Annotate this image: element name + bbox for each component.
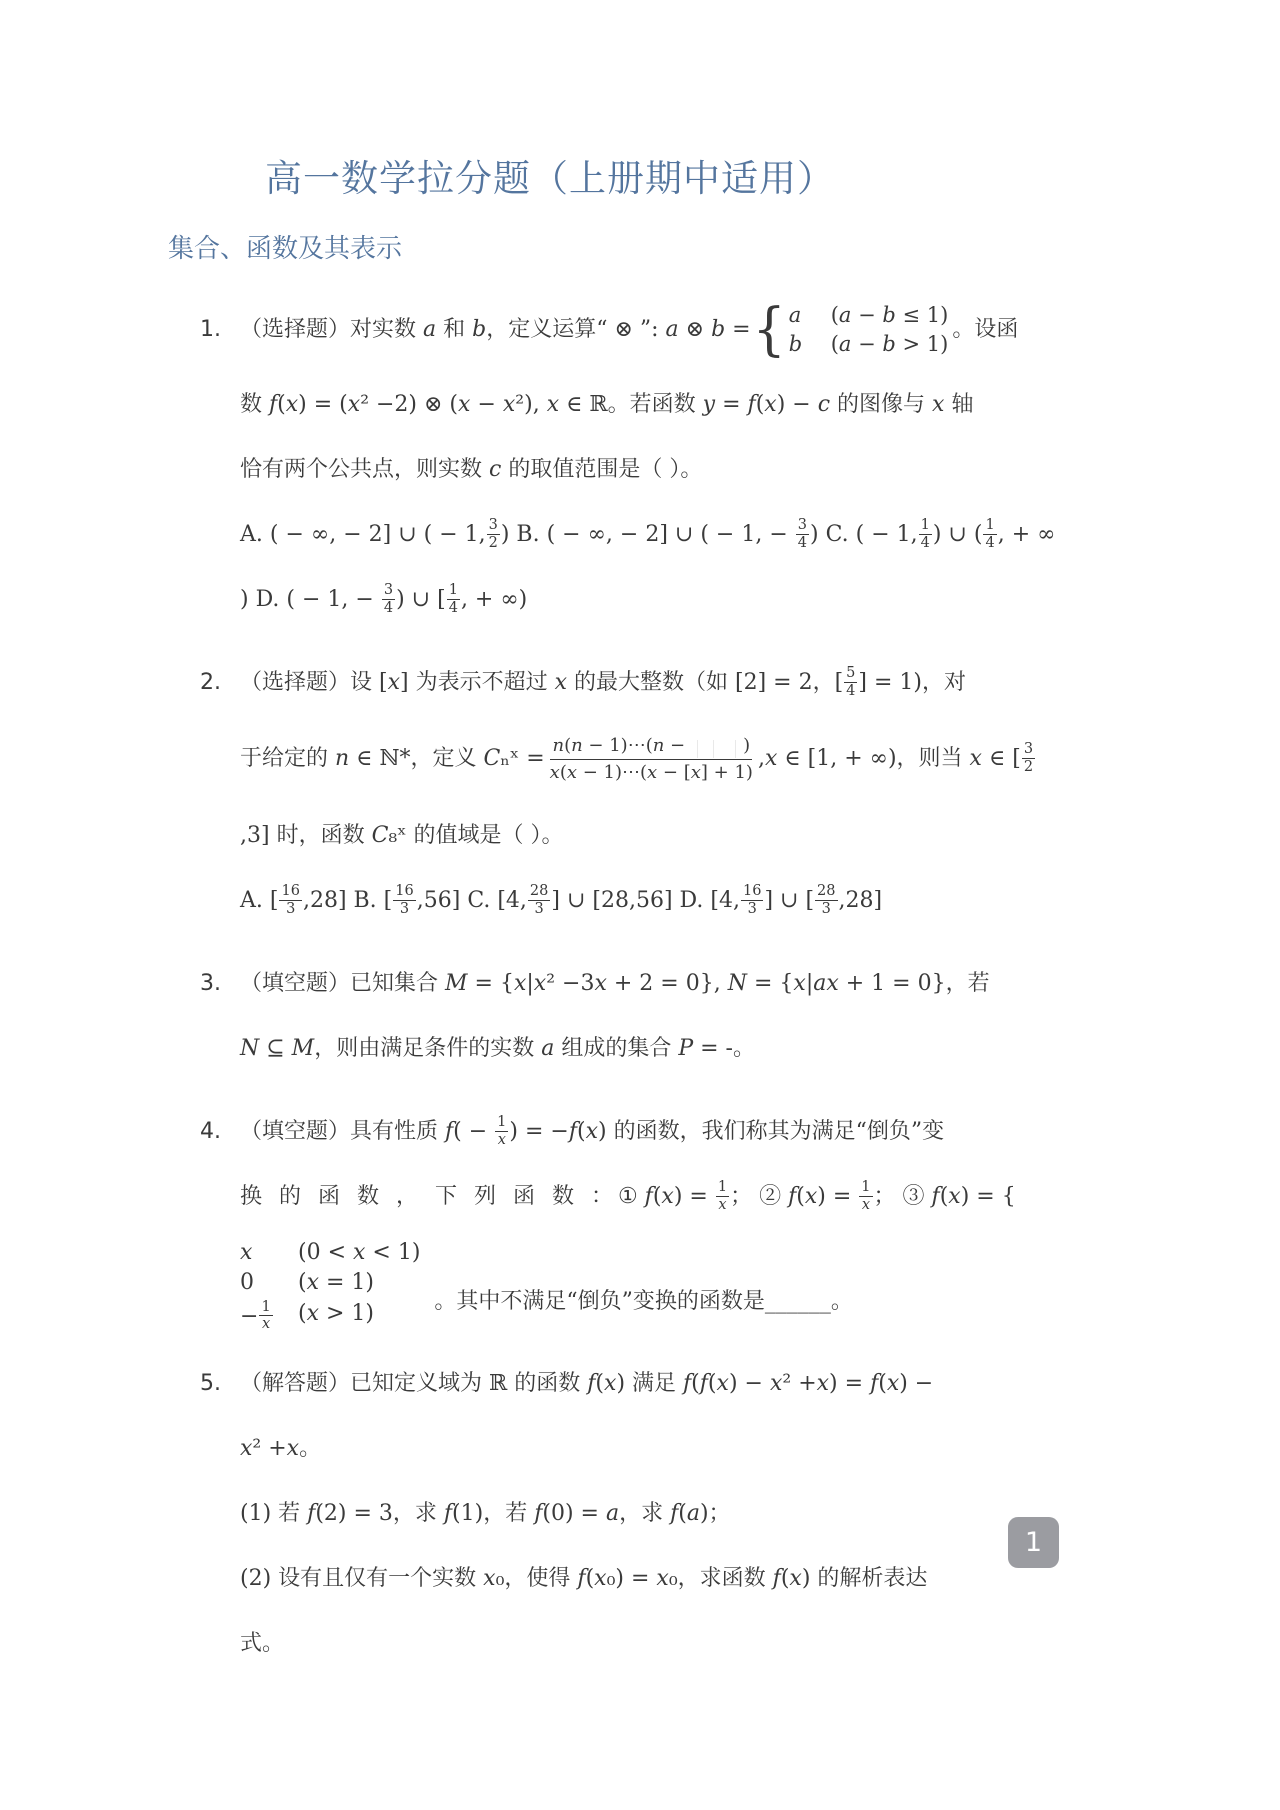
fraction-denominator: x(x − 1)⋯(x − [x] + 1): [548, 760, 755, 784]
problem-4-body: （填空题）具有性质 f( − 1x) = −f(x) 的函数，我们称其为满足“倒…: [240, 1099, 1016, 1333]
problem-1-line-3: 恰有两个公共点，则实数 c 的取值范围是（ ）。: [240, 437, 1055, 502]
problem-2-line-1: （选择题）设 [x] 为表示不超过 x 的最大整数（如 [2] = 2，[54]…: [240, 650, 1036, 715]
problem-2-line-3: ,3] 时，函数 C₈ˣ 的值域是（ ）。: [240, 803, 1036, 868]
combinatorial-fraction: n(n − 1)⋯(n − ) x(x − 1)⋯(x − [x] + 1): [548, 734, 755, 784]
section-heading: 集合、函数及其表示: [168, 228, 402, 265]
problem-1-number: 1.: [200, 288, 240, 372]
problem-3: 3. （填空题）已知集合 M = {x|x² −3x + 2 = 0}, N =…: [200, 951, 990, 1081]
problem-4: 4. （填空题）具有性质 f( − 1x) = −f(x) 的函数，我们称其为满…: [200, 1099, 990, 1333]
page-number-badge: 1: [1008, 1517, 1059, 1568]
problem-2-options: A. [163,28] B. [163,56] C. [4,283] ∪ [28…: [240, 868, 1036, 933]
problem-list: 1. （选择题）对实数 a 和 b，定义运算“ ⊗ ”: a ⊗ b = { a…: [200, 288, 990, 1694]
problem-1-options-1: A. ( − ∞, − 2] ∪ ( − 1,32) B. ( − ∞, − 2…: [240, 502, 1055, 567]
piecewise-value: 0: [240, 1269, 298, 1297]
problem-2-number: 2.: [200, 650, 240, 715]
piecewise-value: b: [789, 331, 831, 358]
problem-1-body: （选择题）对实数 a 和 b，定义运算“ ⊗ ”: a ⊗ b = { a (a…: [240, 288, 1055, 632]
numerator-text-end: ): [743, 734, 750, 757]
page-number: 1: [1025, 1527, 1042, 1558]
piecewise-row: a (a − b ≤ 1): [789, 302, 949, 329]
piecewise-row: x (0 < x < 1): [240, 1239, 420, 1267]
problem-5-line-5: 式。: [240, 1611, 990, 1676]
piecewise-condition: (a − b ≤ 1): [831, 302, 949, 329]
problem-4-piecewise-line: x (0 < x < 1) 0 (x = 1) −1x (x > 1) 。其中不…: [240, 1229, 1016, 1333]
problem-1-text-b: 。设函: [952, 288, 1018, 372]
piecewise-condition: (0 < x < 1): [298, 1239, 420, 1267]
piecewise-row: −1x (x > 1): [240, 1300, 420, 1334]
problem-4-question-text: 。其中不满足“倒负”变换的函数是______。: [434, 1284, 853, 1333]
problem-5-part-2: (2) 设有且仅有一个实数 x₀，使得 f(x₀) = x₀，求函数 f(x) …: [240, 1546, 990, 1611]
piecewise-condition: (a − b > 1): [831, 331, 949, 358]
problem-5-number: 5.: [200, 1351, 240, 1416]
problem-3-body: （填空题）已知集合 M = {x|x² −3x + 2 = 0}, N = {x…: [240, 951, 990, 1081]
problem-5-line-2: x² +x。: [240, 1416, 990, 1481]
left-brace: {: [753, 301, 786, 358]
page-title: 高一数学拉分题（上册期中适用）: [0, 148, 1100, 202]
problem-2-text-a: 于给定的 n ∈ ℕ*，定义 Cₙˣ =: [240, 715, 545, 803]
problem-4-line-1: （填空题）具有性质 f( − 1x) = −f(x) 的函数，我们称其为满足“倒…: [240, 1099, 1016, 1164]
problem-4-text-a: 换 的 函 数 ， 下 列 函 数 ：: [240, 1164, 618, 1229]
problem-4-text-b: ① f(x) = 1x； ② f(x) = 1x； ③ f(x) = {: [618, 1164, 1016, 1229]
piecewise-definition: { a (a − b ≤ 1) b (a − b > 1): [753, 302, 949, 358]
piecewise-rows: x (0 < x < 1) 0 (x = 1) −1x (x > 1): [240, 1239, 420, 1334]
problem-2-body: （选择题）设 [x] 为表示不超过 x 的最大整数（如 [2] = 2，[54]…: [240, 650, 1036, 933]
obscured-region: [687, 740, 743, 758]
piecewise-condition: (x = 1): [298, 1269, 374, 1297]
problem-1: 1. （选择题）对实数 a 和 b，定义运算“ ⊗ ”: a ⊗ b = { a…: [200, 288, 990, 632]
problem-2: 2. （选择题）设 [x] 为表示不超过 x 的最大整数（如 [2] = 2，[…: [200, 650, 990, 933]
problem-5-line-1: （解答题）已知定义域为 ℝ 的函数 f(x) 满足 f(f(x) − x² +x…: [240, 1351, 990, 1416]
problem-4-line-2: 换 的 函 数 ， 下 列 函 数 ： ① f(x) = 1x； ② f(x) …: [240, 1164, 1016, 1229]
problem-5-body: （解答题）已知定义域为 ℝ 的函数 f(x) 满足 f(f(x) − x² +x…: [240, 1351, 990, 1676]
problem-2-line-2: 于给定的 n ∈ ℕ*，定义 Cₙˣ = n(n − 1)⋯(n − ) x(x…: [240, 715, 1036, 803]
problem-3-number: 3.: [200, 951, 240, 1016]
problem-5: 5. （解答题）已知定义域为 ℝ 的函数 f(x) 满足 f(f(x) − x²…: [200, 1351, 990, 1676]
problem-5-part-1: (1) 若 f(2) = 3，求 f(1)，若 f(0) = a，求 f(a)；: [240, 1481, 990, 1546]
problem-1-text-a: （选择题）对实数 a 和 b，定义运算“ ⊗ ”: a ⊗ b =: [240, 288, 751, 372]
fraction-numerator: n(n − 1)⋯(n − ): [550, 734, 752, 759]
numerator-text: n(n − 1)⋯(n −: [552, 734, 685, 757]
piecewise-value: x: [240, 1239, 298, 1267]
piecewise-rows: a (a − b ≤ 1) b (a − b > 1): [789, 302, 949, 358]
problem-4-number: 4.: [200, 1099, 240, 1164]
problem-1-line-2: 数 f(x) = (x² −2) ⊗ (x − x²), x ∈ ℝ。若函数 y…: [240, 372, 1055, 437]
problem-1-options-2: ) D. ( − 1, − 34) ∪ [14, + ∞): [240, 567, 1055, 632]
problem-3-line-2: N ⊆ M，则由满足条件的实数 a 组成的集合 P = -。: [240, 1016, 990, 1081]
document-page: 高一数学拉分题（上册期中适用） 集合、函数及其表示 1. （选择题）对实数 a …: [0, 0, 1280, 1810]
problem-1-line-1: （选择题）对实数 a 和 b，定义运算“ ⊗ ”: a ⊗ b = { a (a…: [240, 288, 1055, 372]
piecewise-row: b (a − b > 1): [789, 331, 949, 358]
piecewise-value: −1x: [240, 1300, 298, 1334]
piecewise-row: 0 (x = 1): [240, 1269, 420, 1297]
piecewise-condition: (x > 1): [298, 1300, 374, 1334]
piecewise-value: a: [789, 302, 831, 329]
problem-3-line-1: （填空题）已知集合 M = {x|x² −3x + 2 = 0}, N = {x…: [240, 951, 990, 1016]
problem-2-text-b: ,x ∈ [1, + ∞)，则当 x ∈ [32: [758, 715, 1036, 803]
